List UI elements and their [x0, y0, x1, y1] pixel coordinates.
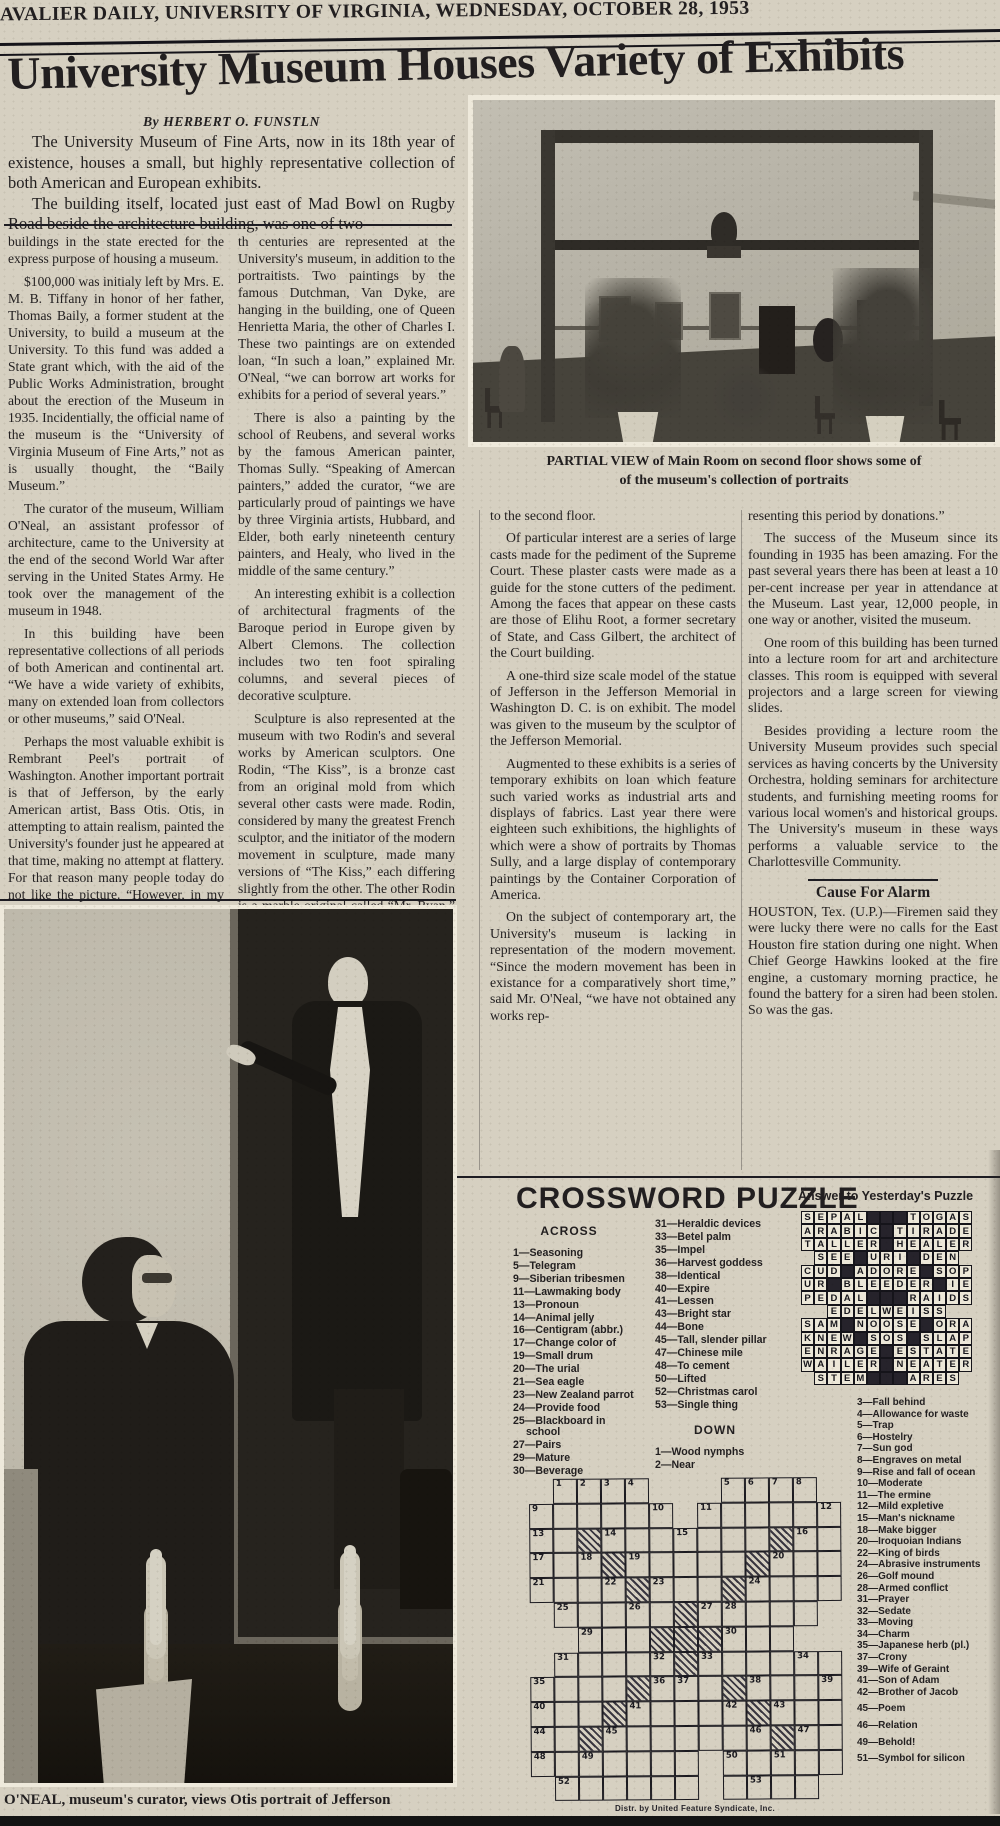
puzzle-grid-gap [530, 1652, 554, 1677]
cell-number: 44 [534, 1728, 546, 1737]
puzzle-cell: 52 [555, 1776, 579, 1801]
puzzle-cell: 13 [529, 1529, 553, 1554]
answer-cell: N [814, 1345, 827, 1358]
answer-cell: O [867, 1318, 880, 1331]
table-highlight [96, 1679, 192, 1783]
puzzle-cell [626, 1627, 650, 1652]
crossword-clue: 33—Moving [848, 1618, 998, 1629]
puzzle-cell [673, 1552, 697, 1577]
cell-number: 41 [629, 1702, 641, 1711]
article-paragraph: resenting this period by donations.” [748, 508, 998, 524]
caption-line: PARTIAL VIEW of Main Room on second floo… [470, 452, 998, 471]
puzzle-cell: 42 [722, 1701, 746, 1726]
crossword-section-rule [452, 1176, 1000, 1178]
answer-grid-gap [893, 1291, 906, 1304]
answer-grid-gap [920, 1265, 933, 1278]
puzzle-cell [578, 1652, 602, 1677]
crossword-clue: 14—Animal jelly [500, 1313, 638, 1324]
puzzle-cell: 28 [722, 1602, 746, 1627]
puzzle-grid-gap [699, 1751, 723, 1776]
puzzle-cell: 41 [626, 1701, 650, 1726]
puzzle-cell: 7 [769, 1477, 793, 1502]
puzzle-black-cell [722, 1577, 746, 1602]
puzzle-cell [555, 1727, 579, 1752]
answer-grid-gap [893, 1372, 906, 1385]
puzzle-cell: 30 [722, 1626, 746, 1651]
answer-cell: A [933, 1224, 946, 1237]
answer-cell: U [814, 1265, 827, 1278]
answer-cell: W [841, 1332, 854, 1345]
puzzle-grid-gap [673, 1478, 697, 1503]
puzzle-cell [554, 1702, 578, 1727]
puzzle-cell: 11 [697, 1503, 721, 1528]
puzzle-cell: 24 [746, 1577, 770, 1602]
puzzle-cell [555, 1752, 579, 1777]
answer-cell: O [880, 1332, 893, 1345]
cell-number: 25 [557, 1604, 569, 1613]
cell-number: 52 [558, 1777, 570, 1786]
cell-number: 34 [797, 1652, 809, 1661]
puzzle-cell [625, 1528, 649, 1553]
crossword-clue: 45—Tall, slender pillar [642, 1335, 788, 1346]
answer-cell: E [907, 1278, 920, 1291]
crossword-clue: 23—New Zealand parrot [500, 1390, 638, 1401]
crossword-clue: 11—The ermine [848, 1491, 998, 1502]
answer-cell: A [814, 1318, 827, 1331]
answer-cell: S [959, 1291, 972, 1304]
puzzle-cell [817, 1551, 841, 1576]
crossword-clue: 9—Siberian tribesmen [500, 1274, 638, 1285]
article-paragraph: An interesting exhibit is a collection o… [238, 585, 455, 704]
answer-cell: E [801, 1345, 814, 1358]
answer-cell: D [920, 1251, 933, 1264]
puzzle-cell [579, 1776, 603, 1801]
crossword-clue: 33—Betel palm [642, 1232, 788, 1243]
photo-main-room [468, 95, 1000, 447]
cell-number: 13 [532, 1530, 544, 1539]
answer-cell: E [907, 1265, 920, 1278]
puzzle-cell: 51 [771, 1750, 795, 1775]
crossword-clue: 22—King of birds [848, 1549, 998, 1560]
answer-cell: S [933, 1265, 946, 1278]
puzzle-grid-gap [529, 1479, 553, 1504]
plant-center [705, 362, 785, 432]
puzzle-grid-gap [649, 1478, 673, 1503]
answer-cell: L [933, 1332, 946, 1345]
answer-cell: A [814, 1358, 827, 1371]
answer-cell: A [959, 1318, 972, 1331]
puzzle-cell: 17 [529, 1553, 553, 1578]
puzzle-cell: 39 [818, 1675, 842, 1700]
answer-grid-gap [867, 1372, 880, 1385]
puzzle-black-cell [626, 1677, 650, 1702]
crossword-clue: 13—Pronoun [500, 1300, 638, 1311]
puzzle-cell [747, 1750, 771, 1775]
crossword-clue: 52—Christmas carol [642, 1387, 788, 1398]
cell-number: 38 [749, 1677, 761, 1686]
cell-number: 4 [628, 1479, 634, 1488]
answer-cell: A [841, 1211, 854, 1224]
puzzle-black-cell [674, 1602, 698, 1627]
crossword-clue: 19—Small drum [500, 1351, 638, 1362]
crossword-clue: 29—Mature [500, 1453, 638, 1464]
puzzle-cell [674, 1701, 698, 1726]
cell-number: 42 [725, 1702, 737, 1711]
crossword-clue: 32—Sedate [848, 1607, 998, 1618]
cell-number: 21 [533, 1579, 545, 1588]
crossword-clue: 5—Telegram [500, 1261, 638, 1272]
answer-cell: A [946, 1332, 959, 1345]
puzzle-cell [699, 1726, 723, 1751]
answer-grid-gap [880, 1224, 893, 1237]
answer-cell: E [867, 1278, 880, 1291]
article-paragraph: Augmented to these exhibits is a series … [490, 756, 736, 904]
puzzle-cell: 22 [602, 1578, 626, 1603]
puzzle-black-cell [674, 1627, 698, 1652]
puzzle-cell [554, 1578, 578, 1603]
answer-cell: A [907, 1372, 920, 1385]
puzzle-cell: 36 [650, 1676, 674, 1701]
answer-cell: O [880, 1265, 893, 1278]
alarm-paragraph: HOUSTON, Tex. (U.P.)—Firemen said they w… [748, 904, 998, 1019]
cell-number: 7 [772, 1478, 778, 1487]
crossword-clue: 38—Identical [642, 1271, 788, 1282]
portrait-bottom-frame [230, 1637, 453, 1644]
answer-grid-gap [880, 1345, 893, 1358]
cell-number: 31 [557, 1653, 569, 1662]
answer-cell: B [841, 1278, 854, 1291]
puzzle-cell: 31 [554, 1652, 578, 1677]
answer-grid-label: Answer to Yesterday's Puzzle [798, 1190, 998, 1203]
puzzle-cell: 19 [625, 1553, 649, 1578]
puzzle-cell [649, 1528, 673, 1553]
answer-cell: S [933, 1305, 946, 1318]
answer-cell: M [854, 1372, 867, 1385]
cell-number: 10 [652, 1504, 664, 1513]
yesterday-answer-grid: SEPALTOGASARABICTIRADETALLERHEALERSEEURI… [801, 1211, 972, 1385]
beam-top [541, 130, 933, 143]
puzzle-cell: 33 [698, 1651, 722, 1676]
puzzle-cell: 25 [554, 1603, 578, 1628]
crossword-clue: 3—Fall behind [848, 1398, 998, 1409]
answer-cell: E [959, 1224, 972, 1237]
answer-cell: P [959, 1332, 972, 1345]
column-rule [479, 510, 480, 1170]
answer-cell: E [827, 1251, 840, 1264]
puzzle-cell [553, 1504, 577, 1529]
across-clue-list: 1—Seasoning5—Telegram9—Siberian tribesme… [500, 1248, 638, 1477]
crossword-clue: 37—Crony [848, 1653, 998, 1664]
crossword-clue: 40—Expire [642, 1284, 788, 1295]
cell-number: 11 [700, 1504, 712, 1513]
crossword-clue: 31—Heraldic devices [642, 1219, 788, 1230]
answer-grid-gap [959, 1372, 972, 1385]
column-rule [741, 510, 742, 1170]
crossword-clue: 21—Sea eagle [500, 1377, 638, 1388]
cell-number: 50 [726, 1751, 738, 1760]
puzzle-cell: 12 [817, 1502, 841, 1527]
crossword-clue: 24—Abrasive instruments [848, 1560, 998, 1571]
answer-grid-gap [827, 1278, 840, 1291]
answer-grid-gap [893, 1211, 906, 1224]
answer-cell: E [827, 1305, 840, 1318]
puzzle-cell [675, 1751, 699, 1776]
article-paragraph: There is also a painting by the school o… [238, 409, 455, 579]
answer-grid-gap [959, 1305, 972, 1318]
puzzle-cell [818, 1650, 842, 1675]
lede-paragraph: The building itself, located just east o… [8, 194, 455, 235]
answer-cell: O [880, 1318, 893, 1331]
answer-cell: R [880, 1251, 893, 1264]
cell-number: 27 [701, 1603, 713, 1612]
curator-shoulders [24, 1321, 234, 1646]
puzzle-cell [721, 1552, 745, 1577]
cell-number: 51 [774, 1751, 786, 1760]
answer-cell: E [880, 1278, 893, 1291]
answer-cell: L [841, 1238, 854, 1251]
puzzle-cell: 48 [531, 1752, 555, 1777]
answer-cell: A [841, 1345, 854, 1358]
crossword-clue: 7—Sun god [848, 1444, 998, 1455]
answer-grid-gap [854, 1251, 867, 1264]
answer-cell: I [907, 1305, 920, 1318]
answer-cell: C [801, 1265, 814, 1278]
answer-cell: A [946, 1211, 959, 1224]
puzzle-cell [627, 1726, 651, 1751]
puzzle-cell [794, 1601, 818, 1626]
article-paragraph: th centuries are represented at the Univ… [238, 233, 455, 403]
answer-cell: A [841, 1291, 854, 1304]
bottom-rule [0, 1814, 1000, 1826]
answer-cell: E [841, 1251, 854, 1264]
syndicate-credit: Distr. by United Feature Syndicate, Inc. [545, 1804, 845, 1813]
cell-number: 26 [629, 1603, 641, 1612]
answer-cell: H [893, 1238, 906, 1251]
puzzle-grid-gap [530, 1603, 554, 1628]
puzzle-cell [578, 1702, 602, 1727]
crossword-clue: 18—Make bigger [848, 1526, 998, 1537]
down-header: DOWN [642, 1423, 788, 1437]
answer-cell: M [827, 1318, 840, 1331]
puzzle-cell [771, 1775, 795, 1800]
answer-cell: E [841, 1372, 854, 1385]
answer-cell: O [946, 1265, 959, 1278]
puzzle-grid-gap [819, 1774, 843, 1799]
across-clues-column-2: 31—Heraldic devices33—Betel palm35—Impel… [642, 1219, 788, 1473]
puzzle-cell [770, 1601, 794, 1626]
article-paragraph: In this building have been representativ… [8, 625, 224, 727]
answer-cell: E [827, 1332, 840, 1345]
answer-grid-gap [801, 1305, 814, 1318]
crossword-clue: 16—Centigram (abbr.) [500, 1325, 638, 1336]
crossword-clue: 27—Pairs [500, 1440, 638, 1451]
puzzle-black-cell [722, 1676, 746, 1701]
puzzle-cell: 2 [577, 1479, 601, 1504]
newspaper-page: AVALIER DAILY, UNIVERSITY OF VIRGINIA, W… [0, 0, 1000, 1826]
crossword-clue: 26—Golf mound [848, 1572, 998, 1583]
answer-cell: E [907, 1238, 920, 1251]
puzzle-cell [603, 1751, 627, 1776]
crossword-clue: 48—To cement [642, 1361, 788, 1372]
puzzle-cell [602, 1677, 626, 1702]
answer-cell: E [867, 1345, 880, 1358]
doorway-shadow [4, 1469, 38, 1783]
puzzle-cell [578, 1603, 602, 1628]
cell-number: 23 [653, 1578, 665, 1587]
puzzle-black-cell [650, 1627, 674, 1652]
puzzle-cell: 21 [530, 1578, 554, 1603]
curator-glasses [142, 1273, 172, 1283]
candlestick-left [150, 1549, 162, 1645]
puzzle-cell [554, 1677, 578, 1702]
cell-number: 37 [677, 1677, 689, 1686]
answer-cell: R [907, 1291, 920, 1304]
puzzle-grid-gap [818, 1626, 842, 1651]
puzzle-cell: 9 [529, 1504, 553, 1529]
answer-grid-gap [907, 1332, 920, 1345]
answer-cell: D [893, 1278, 906, 1291]
crossword-clue: 5—Trap [848, 1421, 998, 1432]
article-paragraph: Of particular interest are a series of l… [490, 530, 736, 661]
puzzle-cell: 10 [649, 1503, 673, 1528]
answer-cell: S [867, 1332, 880, 1345]
puzzle-cell [626, 1652, 650, 1677]
puzzle-cell [721, 1527, 745, 1552]
answer-cell: S [893, 1332, 906, 1345]
puzzle-cell [698, 1701, 722, 1726]
answer-cell: U [867, 1251, 880, 1264]
post-left [541, 130, 555, 422]
answer-grid-gap [814, 1305, 827, 1318]
puzzle-cell [651, 1776, 675, 1801]
puzzle-black-cell [626, 1577, 650, 1602]
crossword-clue: 25—Blackboard in school [500, 1416, 638, 1439]
puzzle-cell [675, 1726, 699, 1751]
puzzle-cell [723, 1726, 747, 1751]
answer-grid-gap [841, 1318, 854, 1331]
answer-cell: D [827, 1291, 840, 1304]
answer-cell: D [841, 1305, 854, 1318]
answer-cell: E [933, 1251, 946, 1264]
cell-number: 19 [628, 1554, 640, 1563]
crossword-clue: 53—Single thing [642, 1400, 788, 1411]
answer-cell: R [959, 1358, 972, 1371]
puzzle-cell [651, 1751, 675, 1776]
puzzle-cell [770, 1676, 794, 1701]
puzzle-cell [649, 1552, 673, 1577]
crossword-clue: 10—Moderate [848, 1479, 998, 1490]
answer-cell: S [907, 1345, 920, 1358]
article-paragraph: A one-third size scale model of the stat… [490, 668, 736, 750]
cell-number: 16 [796, 1528, 808, 1537]
answer-grid-gap [933, 1278, 946, 1291]
answer-cell: T [933, 1358, 946, 1371]
answer-cell: S [920, 1332, 933, 1345]
puzzle-cell: 1 [553, 1479, 577, 1504]
answer-cell: A [933, 1345, 946, 1358]
answer-grid-gap [801, 1372, 814, 1385]
answer-grid-gap [880, 1372, 893, 1385]
bust-base [707, 246, 741, 258]
answer-cell: E [893, 1345, 906, 1358]
answer-cell: T [827, 1372, 840, 1385]
cell-number: 22 [605, 1579, 617, 1588]
cell-number: 12 [820, 1503, 832, 1512]
crossword-clue: 9—Rise and fall of ocean [848, 1468, 998, 1479]
cell-number: 9 [532, 1505, 538, 1514]
puzzle-cell: 44 [531, 1727, 555, 1752]
photo-top-caption: PARTIAL VIEW of Main Room on second floo… [470, 452, 998, 490]
answer-cell: A [854, 1265, 867, 1278]
puzzle-cell: 49 [579, 1751, 603, 1776]
puzzle-cell: 43 [770, 1700, 794, 1725]
puzzle-grid-gap [818, 1601, 842, 1626]
answer-cell: E [854, 1238, 867, 1251]
article-paragraph: One room of this building has been turne… [748, 635, 998, 717]
answer-cell: N [946, 1251, 959, 1264]
puzzle-cell [795, 1750, 819, 1775]
answer-cell: T [907, 1211, 920, 1224]
puzzle-cell: 53 [747, 1775, 771, 1800]
subhead-cause-for-alarm: Cause For Alarm [748, 885, 998, 901]
puzzle-cell: 32 [650, 1652, 674, 1677]
cell-number: 47 [798, 1726, 810, 1735]
crossword-clue: 45—Poem [848, 1704, 998, 1715]
puzzle-cell [698, 1577, 722, 1602]
puzzle-cell [793, 1551, 817, 1576]
answer-cell: I [893, 1251, 906, 1264]
photo-bottom-caption: O'NEAL, museum's curator, views Otis por… [4, 1792, 456, 1809]
puzzle-cell [794, 1700, 818, 1725]
answer-cell: I [946, 1278, 959, 1291]
answer-cell: R [867, 1238, 880, 1251]
cell-number: 3 [604, 1480, 610, 1489]
crossword-clue: 1—Seasoning [500, 1248, 638, 1259]
across-header: ACROSS [500, 1224, 638, 1238]
crossword-clue: 31—Prayer [848, 1595, 998, 1606]
puzzle-cell [577, 1503, 601, 1528]
puzzle-cell [770, 1626, 794, 1651]
puzzle-cell [721, 1502, 745, 1527]
puzzle-cell [553, 1553, 577, 1578]
answer-cell: E [854, 1305, 867, 1318]
answer-cell: P [959, 1265, 972, 1278]
cell-number: 49 [582, 1752, 594, 1761]
cell-number: 8 [796, 1478, 802, 1487]
puzzle-cell [817, 1527, 841, 1552]
crossword-clue: 1—Wood nymphs [642, 1447, 788, 1458]
puzzle-cell [819, 1750, 843, 1775]
answer-cell: A [814, 1238, 827, 1251]
answer-cell: E [854, 1358, 867, 1371]
crossword-clue: 20—Iroquoian Indians [848, 1537, 998, 1548]
cell-number: 43 [773, 1701, 785, 1710]
answer-cell: L [933, 1238, 946, 1251]
puzzle-cell [578, 1677, 602, 1702]
cell-number: 46 [750, 1726, 762, 1735]
crossword-clue: 35—Impel [642, 1245, 788, 1256]
answer-cell: N [814, 1332, 827, 1345]
puzzle-cell: 35 [530, 1677, 554, 1702]
crossword-clue: 8—Engraves on metal [848, 1456, 998, 1467]
puzzle-cell: 6 [745, 1477, 769, 1502]
cell-number: 20 [772, 1553, 784, 1562]
article-paragraph: On the subject of contemporary art, the … [490, 909, 736, 1024]
cell-number: 45 [606, 1727, 618, 1736]
crossword-clue: 43—Bright star [642, 1309, 788, 1320]
answer-grid-gap [880, 1238, 893, 1251]
answer-cell: E [907, 1318, 920, 1331]
